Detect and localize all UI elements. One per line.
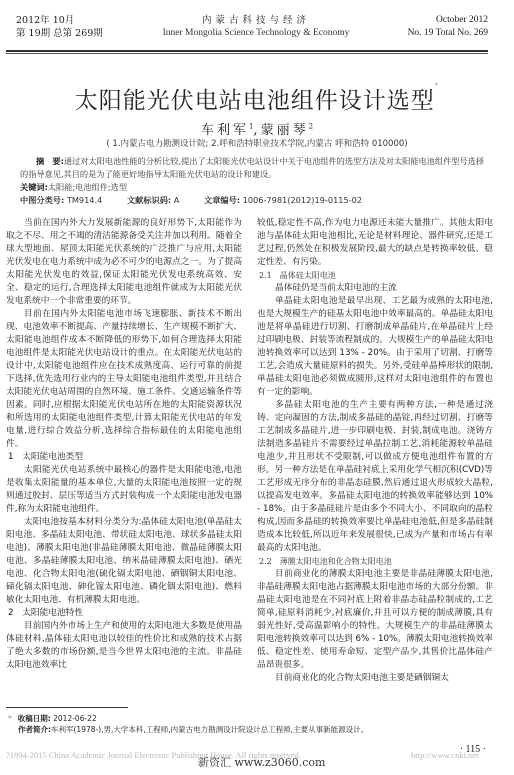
footnote-mark: * — [8, 714, 12, 723]
received-value: 2012-06-22 — [53, 714, 97, 723]
keywords-label: 关键词: — [20, 182, 48, 192]
article-title: 太阳能光伏电站电池组件设计选型* — [0, 82, 514, 115]
keywords: 关键词:太阳能;电池组件;选型 — [20, 181, 490, 194]
paragraph: 目前商业化的化合物太阳电池主要是硒铟铜太 — [257, 672, 493, 685]
abstract: 摘 要:通过对太阳电池性能的分析比较,提出了太阳能光伏电站设计中关于电池组件的选… — [20, 155, 490, 181]
received-date: *收稿日期: 2012-06-22 — [18, 713, 368, 724]
paragraph: 目前商业化的薄膜太阳电池主要是非晶硅薄膜太阳电池,非晶硅薄膜太阳电池占据薄膜太阳… — [257, 568, 493, 672]
author-separator: , — [253, 123, 260, 138]
paragraph: 晶体硅仍是当前太阳电池的主流 — [257, 282, 493, 295]
body-column-left: 当前在国内外大力发展新能源的良好形势下,太阳能作为取之不尽、用之不竭的清洁能源备… — [6, 217, 242, 672]
paragraph: 太阳电池按基本材料分类分为:晶体硅太阳电池(单晶硅太阳电池、多晶硅太阳电池、带状… — [6, 516, 242, 607]
paragraph: 目前国内外市场上生产和使用的太阳电池大多数是使用晶体硅材料,晶体硅太阳电池以较佳… — [6, 620, 242, 672]
issue-date-cn: 2012年 10月 — [16, 14, 103, 27]
author-list: 车利军1,蒙丽琴2 — [0, 119, 514, 138]
header-rule — [6, 50, 488, 52]
affiliation: ( 1.内蒙古电力勘测设计院; 2.呼和浩特职业技术学院,内蒙古 呼和浩特 01… — [0, 137, 514, 149]
abstract-block: 摘 要:通过对太阳电池性能的分析比较,提出了太阳能光伏电站设计中关于电池组件的选… — [20, 155, 490, 207]
author-bio-label: 作者简介: — [18, 725, 51, 734]
cnki-link[interactable]: http://www.cnki.net — [411, 750, 478, 760]
footnote-rule — [6, 707, 128, 708]
journal-header: 2012年 10月 第 19期 总第 269期 内蒙古科技与经济 Inner M… — [6, 14, 488, 48]
footnote: *收稿日期: 2012-06-22 作者简介:车利军(1978-),男,大学本科… — [18, 713, 368, 735]
subsection-heading: 2.2 薄膜太阳电池和化合物太阳电池 — [259, 555, 493, 568]
issue-date-en: October 2012 — [408, 14, 488, 27]
paragraph: 多晶硅太阳电池的生产主要有两种方法,一种是通过浇铸、定向凝固的方法,制成多晶硅的… — [257, 399, 493, 555]
issue-info-cn: 2012年 10月 第 19期 总第 269期 — [16, 14, 103, 40]
keywords-text: 太阳能;电池组件;选型 — [48, 182, 127, 192]
journal-name-en: Inner Mongolia Science Technology & Econ… — [156, 27, 356, 40]
author-affil-mark: 2 — [309, 123, 313, 131]
section-heading: 2 太阳能电池特性 — [8, 607, 242, 620]
issue-info-en: October 2012 No. 19 Total No. 269 — [408, 14, 488, 40]
article-title-text: 太阳能光伏电站电池组件设计选型 — [75, 88, 435, 114]
issue-number-cn: 第 19期 总第 269期 — [16, 27, 103, 40]
journal-name: 内蒙古科技与经济 Inner Mongolia Science Technolo… — [156, 14, 356, 40]
author-bio-text: 车利军(1978-),男,大学本科,工程师,内蒙古电力勘测设计院设计总工程师,主… — [51, 725, 368, 734]
classification-label: 中图分类号: — [20, 195, 64, 205]
paragraph: 太阳能光伏电站系统中最核心的器件是太阳能电池,电池是收集太阳能量的基本单位,大量… — [6, 464, 242, 516]
article-no-label: 文章编号: — [204, 195, 240, 205]
author-name: 蒙丽琴 — [261, 123, 309, 138]
journal-name-cn: 内蒙古科技与经济 — [156, 14, 356, 27]
classification-value: TM914.4 — [67, 195, 103, 205]
doc-code-label: 文献标识码: — [127, 195, 171, 205]
subsection-heading: 2.1 晶体硅太阳电池 — [259, 269, 493, 282]
received-label: 收稿日期: — [18, 714, 51, 723]
body-column-right: 较低,稳定性不高,作为电力电源还未能大量推广。其他太阳电池与晶体硅太阳电池相比,… — [257, 217, 493, 685]
paragraph: 目前在国内外太阳能电池市场飞速膨胀、新技术不断出现、电池效率不断提高、产量持续增… — [6, 308, 242, 451]
author-bio: 作者简介:车利军(1978-),男,大学本科,工程师,内蒙古电力勘测设计院设计总… — [18, 724, 368, 735]
doc-code-value: A — [174, 195, 180, 205]
author-name: 车利军 — [201, 123, 249, 138]
header-rule-thin — [6, 53, 488, 54]
classification-line: 中图分类号: TM914.4 文献标识码: A 文章编号: 1006-7981(… — [20, 194, 490, 207]
watermark: 新资汇 www.z3060.com — [198, 754, 325, 770]
section-heading: 1 太阳能电池类型 — [8, 451, 242, 464]
issue-number-en: No. 19 Total No. 269 — [408, 27, 488, 40]
paragraph: 单晶硅太阳电池是最早出现、工艺最为成熟的太阳电池,也是大规模生产的硅基太阳电池中… — [257, 295, 493, 399]
abstract-label: 摘 要: — [36, 156, 64, 166]
paragraph: 较低,稳定性不高,作为电力电源还未能大量推广。其他太阳电池与晶体硅太阳电池相比,… — [257, 217, 493, 269]
title-footnote-mark: * — [435, 82, 440, 90]
paragraph: 当前在国内外大力发展新能源的良好形势下,太阳能作为取之不尽、用之不竭的清洁能源备… — [6, 217, 242, 308]
abstract-text: 通过对太阳电池性能的分析比较,提出了太阳能光伏电站设计中关于电池组件的选型方法及… — [20, 156, 484, 179]
article-no-value: 1006-7981(2012)19-0115-02 — [243, 195, 362, 205]
